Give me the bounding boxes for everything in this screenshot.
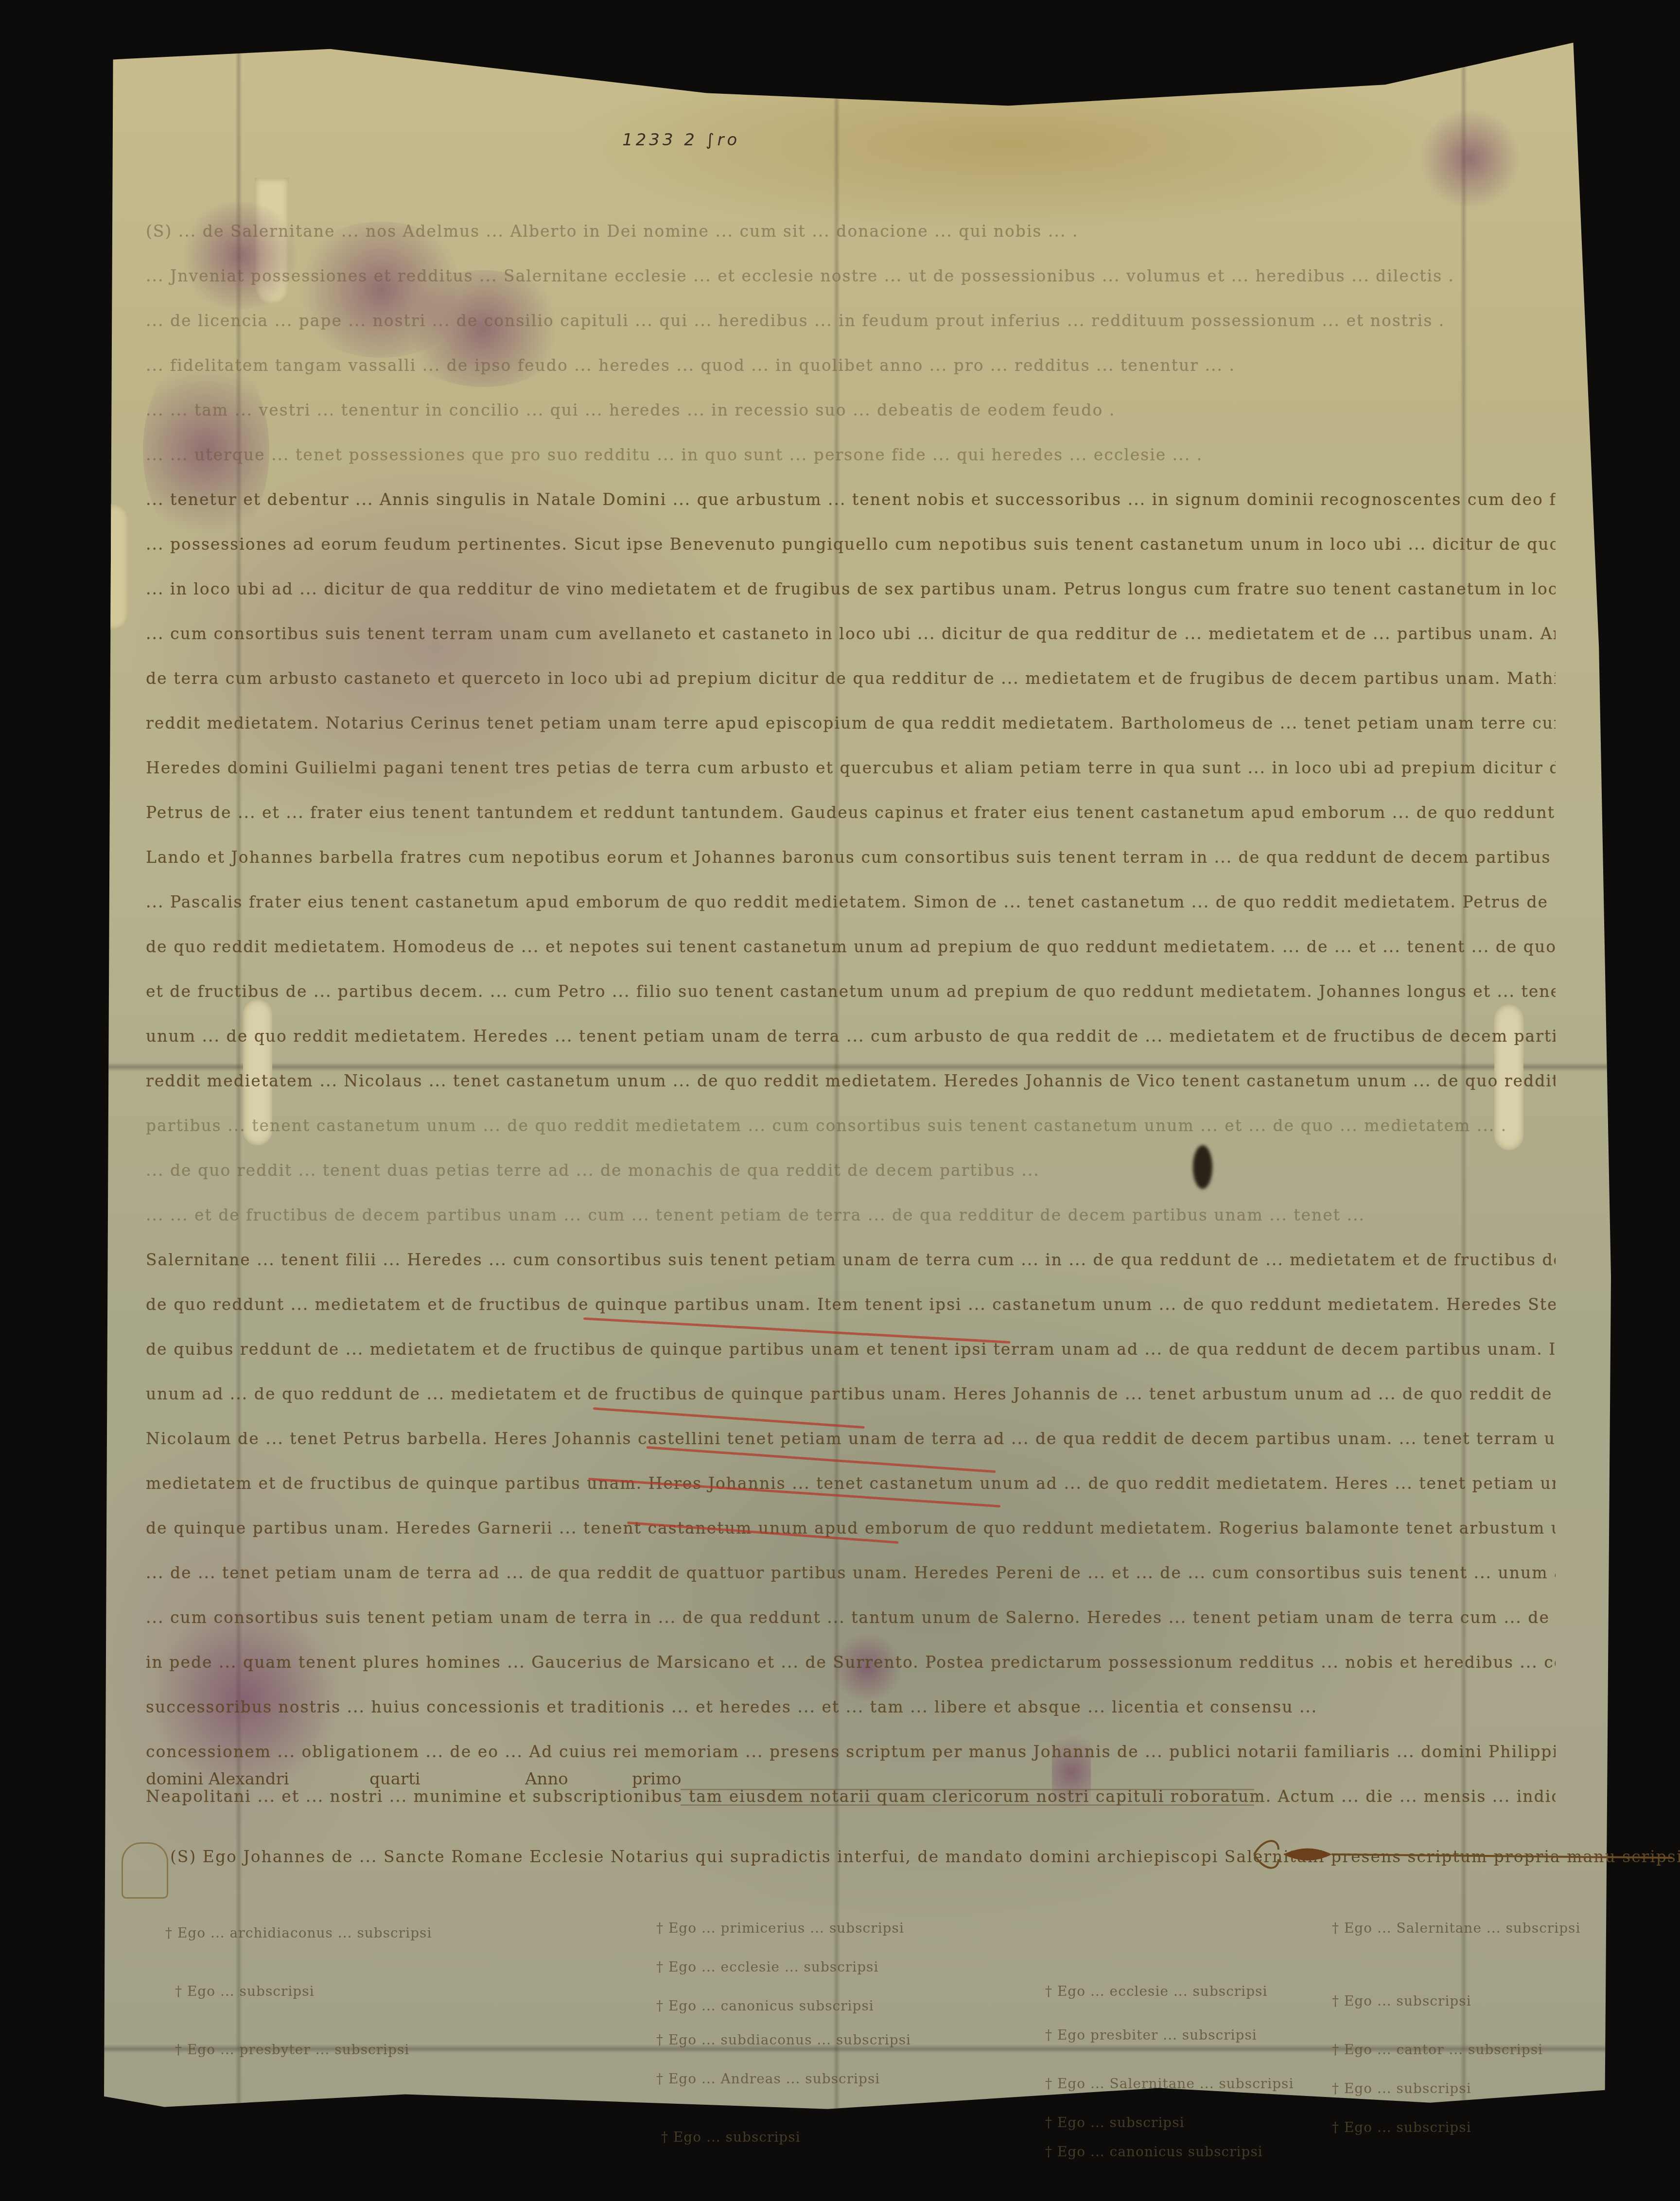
witness-subscription: † Ego ... subscripsi [1332, 2119, 1471, 2135]
dating-pope-name: domini Alexandri [146, 1769, 289, 1789]
text-line: de quo reddunt ... medietatem et de fruc… [146, 1282, 1556, 1327]
text-line: ... possessiones ad eorum feudum pertine… [146, 522, 1556, 567]
text-line: ... de quo reddit ... tenent duas petias… [146, 1148, 1556, 1193]
dating-anno: Anno [525, 1769, 568, 1789]
text-line: ... de licencia ... pape ... nostri ... … [146, 298, 1556, 343]
text-line: in pede ... quam tenent plures homines .… [146, 1640, 1556, 1685]
purple-stain [1417, 110, 1523, 207]
text-line: reddit medietatem. Notarius Cerinus tene… [146, 701, 1556, 746]
text-line: concessionem ... obligationem ... de eo … [146, 1729, 1556, 1774]
witness-subscription: † Ego ... subscripsi [1332, 1993, 1471, 2009]
text-line: partibus ... tenent castanetum unum ... … [146, 1103, 1556, 1148]
witness-subscription: † Ego presbiter ... subscripsi [1045, 2027, 1257, 2043]
text-line: de quinque partibus unam. Heredes Garner… [146, 1506, 1556, 1551]
text-line: ... ... uterque ... tenet possessiones q… [146, 433, 1556, 477]
witness-subscription: † Ego ... primicerius ... subscripsi [656, 1920, 904, 1936]
text-line: et de fructibus de ... partibus decem. .… [146, 969, 1556, 1014]
witness-subscription: † Ego ... canonicus subscripsi [1045, 2144, 1263, 2160]
witness-subscription: † Ego ... Salernitane ... subscripsi [1332, 1920, 1580, 1936]
text-line: ... de ... tenet petiam unam de terra ad… [146, 1551, 1556, 1595]
archival-number-note: 1233 2 ∫ro [622, 130, 740, 150]
text-line: (S) ... de Salernitane ... nos Adelmus .… [146, 209, 1556, 254]
witness-subscription: † Ego ... archidiaconus ... subscripsi [165, 1925, 432, 1941]
text-line: de quo reddit medietatem. Homodeus de ..… [146, 925, 1556, 969]
text-line: ... tenetur et debentur ... Annis singul… [146, 477, 1556, 522]
witness-subscription: † Ego ... Andreas ... subscripsi [656, 2071, 880, 2087]
text-line: Heredes domini Guilielmi pagani tenent t… [146, 746, 1556, 790]
witness-subscription: † Ego ... subscripsi [661, 2129, 801, 2145]
text-line: unum ad ... de quo reddunt de ... mediet… [146, 1372, 1556, 1416]
text-line: successoribus nostris ... huius concessi… [146, 1685, 1556, 1729]
text-line: Nicolaum de ... tenet Petrus barbella. H… [146, 1416, 1556, 1461]
witness-subscription: † Ego ... Salernitane ... subscripsi [1045, 2076, 1294, 2092]
text-line: Salernitane ... tenent filii ... Heredes… [146, 1238, 1556, 1282]
witness-subscription: † Ego ... ecclesie ... subscripsi [1045, 1983, 1267, 1999]
dating-year: primo [632, 1769, 682, 1789]
witness-subscription: † Ego ... subscripsi [1045, 2114, 1185, 2131]
text-line: ... ... tam ... vestri ... tenentur in c… [146, 388, 1556, 433]
text-line: Petrus de ... et ... frater eius tenent … [146, 790, 1556, 835]
text-line: unum ... de quo reddit medietatem. Hered… [146, 1014, 1556, 1059]
dating-filler-rule [681, 1804, 1254, 1806]
text-line: ... cum consortibus suis tenent petiam u… [146, 1595, 1556, 1640]
text-line: ... cum consortibus suis tenent terram u… [146, 611, 1556, 656]
text-line: reddit medietatem ... Nicolaus ... tenet… [146, 1059, 1556, 1103]
text-line: ... fidelitatem tangam vassalli ... de i… [146, 343, 1556, 388]
witness-subscription: † Ego ... subscripsi [175, 1983, 315, 1999]
dating-filler-rule [681, 1789, 1254, 1790]
witness-subscription: † Ego ... subdiaconus ... subscripsi [656, 2032, 911, 2048]
text-line: ... Pascalis frater eius tenent castanet… [146, 880, 1556, 925]
text-line: medietatem et de fructibus de quinque pa… [146, 1461, 1556, 1506]
witness-subscription: † Ego ... presbyter ... subscripsi [175, 2042, 409, 2058]
witness-subscription: † Ego ... canonicus subscripsi [656, 1998, 874, 2014]
witness-subscription: † Ego ... subscripsi [1332, 2080, 1471, 2096]
text-line: Lando et Johannes barbella fratres cum n… [146, 835, 1556, 880]
text-line: ... ... et de fructibus de decem partibu… [146, 1193, 1556, 1238]
dating-ordinal: quarti [369, 1769, 420, 1789]
notarial-signum-initial [122, 1842, 168, 1899]
text-line: Neapolitani ... et ... nostri ... munimi… [146, 1774, 1556, 1819]
witness-subscription: † Ego ... cantor ... subscripsi [1332, 2042, 1543, 2058]
text-line: ... Jnveniat possessiones et redditus ..… [146, 254, 1556, 298]
charter-body-text: (S) ... de Salernitane ... nos Adelmus .… [146, 209, 1556, 1819]
text-line: ... in loco ubi ad ... dicitur de qua re… [146, 567, 1556, 611]
witness-subscription: † Ego ... ecclesie ... subscripsi [656, 1959, 878, 1975]
text-line: de terra cum arbusto castaneto et querce… [146, 656, 1556, 701]
repair-patch [99, 504, 128, 630]
notarial-signum-icon [1244, 1833, 1680, 1876]
